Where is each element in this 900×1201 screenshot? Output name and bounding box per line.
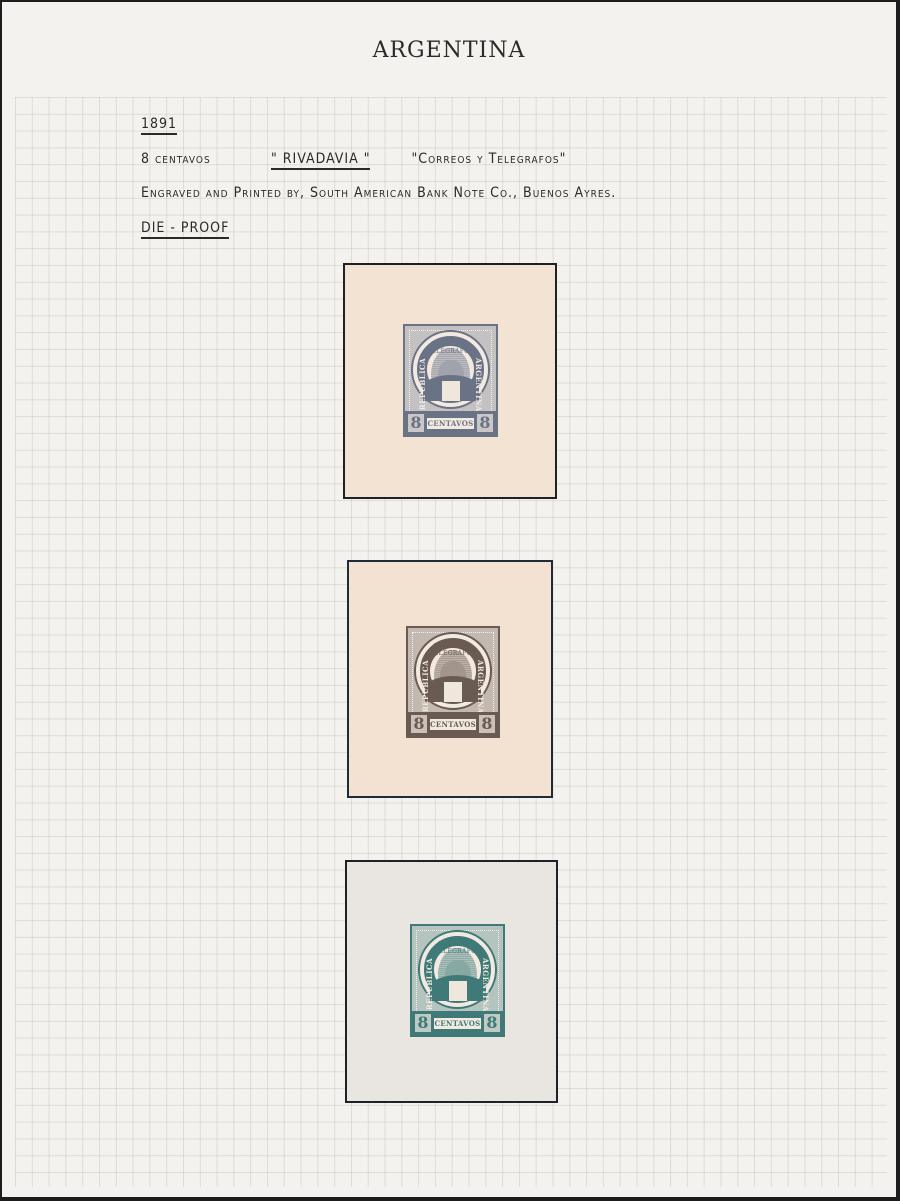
portrait-oval: CORREOS y TELÉGRAFOS REPUBLICA ARGENTINA	[418, 930, 497, 1009]
stamp-value-text: CENTAVOS	[427, 418, 474, 429]
stamp-left-inscription: REPUBLICA	[425, 958, 434, 1010]
stamp-numeral-left: 8	[415, 1014, 431, 1032]
stamp-numeral-right: 8	[479, 715, 495, 733]
stamp-right-inscription: ARGENTINA	[474, 358, 483, 412]
proof-type-heading: DIE - PROOF	[141, 220, 229, 236]
stamp-image: CORREOS y TELÉGRAFOS REPUBLICA ARGENTINA…	[406, 626, 500, 738]
stamp-value-text: CENTAVOS	[430, 719, 476, 730]
year-text: 1891	[141, 116, 177, 135]
portrait-oval: CORREOS y TELÉGRAFOS REPUBLICA ARGENTINA	[414, 632, 492, 710]
inscription-text: "Correos y Telegrafos"	[411, 151, 566, 167]
stamp-numeral-left: 8	[411, 715, 427, 733]
denomination-text: 8 centavos	[141, 151, 266, 167]
die-proof-2: CORREOS y TELÉGRAFOS REPUBLICA ARGENTINA…	[347, 560, 553, 798]
stamp-left-inscription: REPUBLICA	[421, 660, 430, 712]
portrait-oval: CORREOS y TELÉGRAFOS REPUBLICA ARGENTINA	[411, 330, 490, 409]
stamp-right-inscription: ARGENTINA	[481, 958, 490, 1012]
stamp-value-text: CENTAVOS	[434, 1018, 481, 1029]
stamp-top-inscription: CORREOS y TELÉGRAFOS	[413, 341, 488, 355]
stamp-top-inscription: CORREOS y TELÉGRAFOS	[420, 941, 495, 955]
stamp-right-inscription: ARGENTINA	[476, 660, 485, 714]
die-proof-3: CORREOS y TELÉGRAFOS REPUBLICA ARGENTINA…	[345, 860, 558, 1103]
subject-name: " RIVADAVIA "	[271, 151, 370, 170]
stamp-image: CORREOS y TELÉGRAFOS REPUBLICA ARGENTINA…	[403, 324, 498, 437]
stamp-numeral-right: 8	[484, 1014, 500, 1032]
stamp-numeral-right: 8	[477, 414, 493, 432]
page-title: ARGENTINA	[2, 38, 896, 63]
stamp-left-inscription: REPUBLICA	[418, 358, 427, 410]
proof-type-text: DIE - PROOF	[141, 220, 229, 239]
printer-line: Engraved and Printed by, South American …	[141, 185, 616, 201]
stamp-description-line: 8 centavos " RIVADAVIA " "Correos y Tele…	[141, 151, 566, 170]
stamp-image: CORREOS y TELÉGRAFOS REPUBLICA ARGENTINA…	[410, 924, 505, 1037]
stamp-top-inscription: CORREOS y TELÉGRAFOS	[416, 643, 490, 657]
stamp-numeral-left: 8	[408, 414, 424, 432]
die-proof-1: CORREOS y TELÉGRAFOS REPUBLICA ARGENTINA…	[343, 263, 557, 499]
year-heading: 1891	[141, 116, 177, 132]
